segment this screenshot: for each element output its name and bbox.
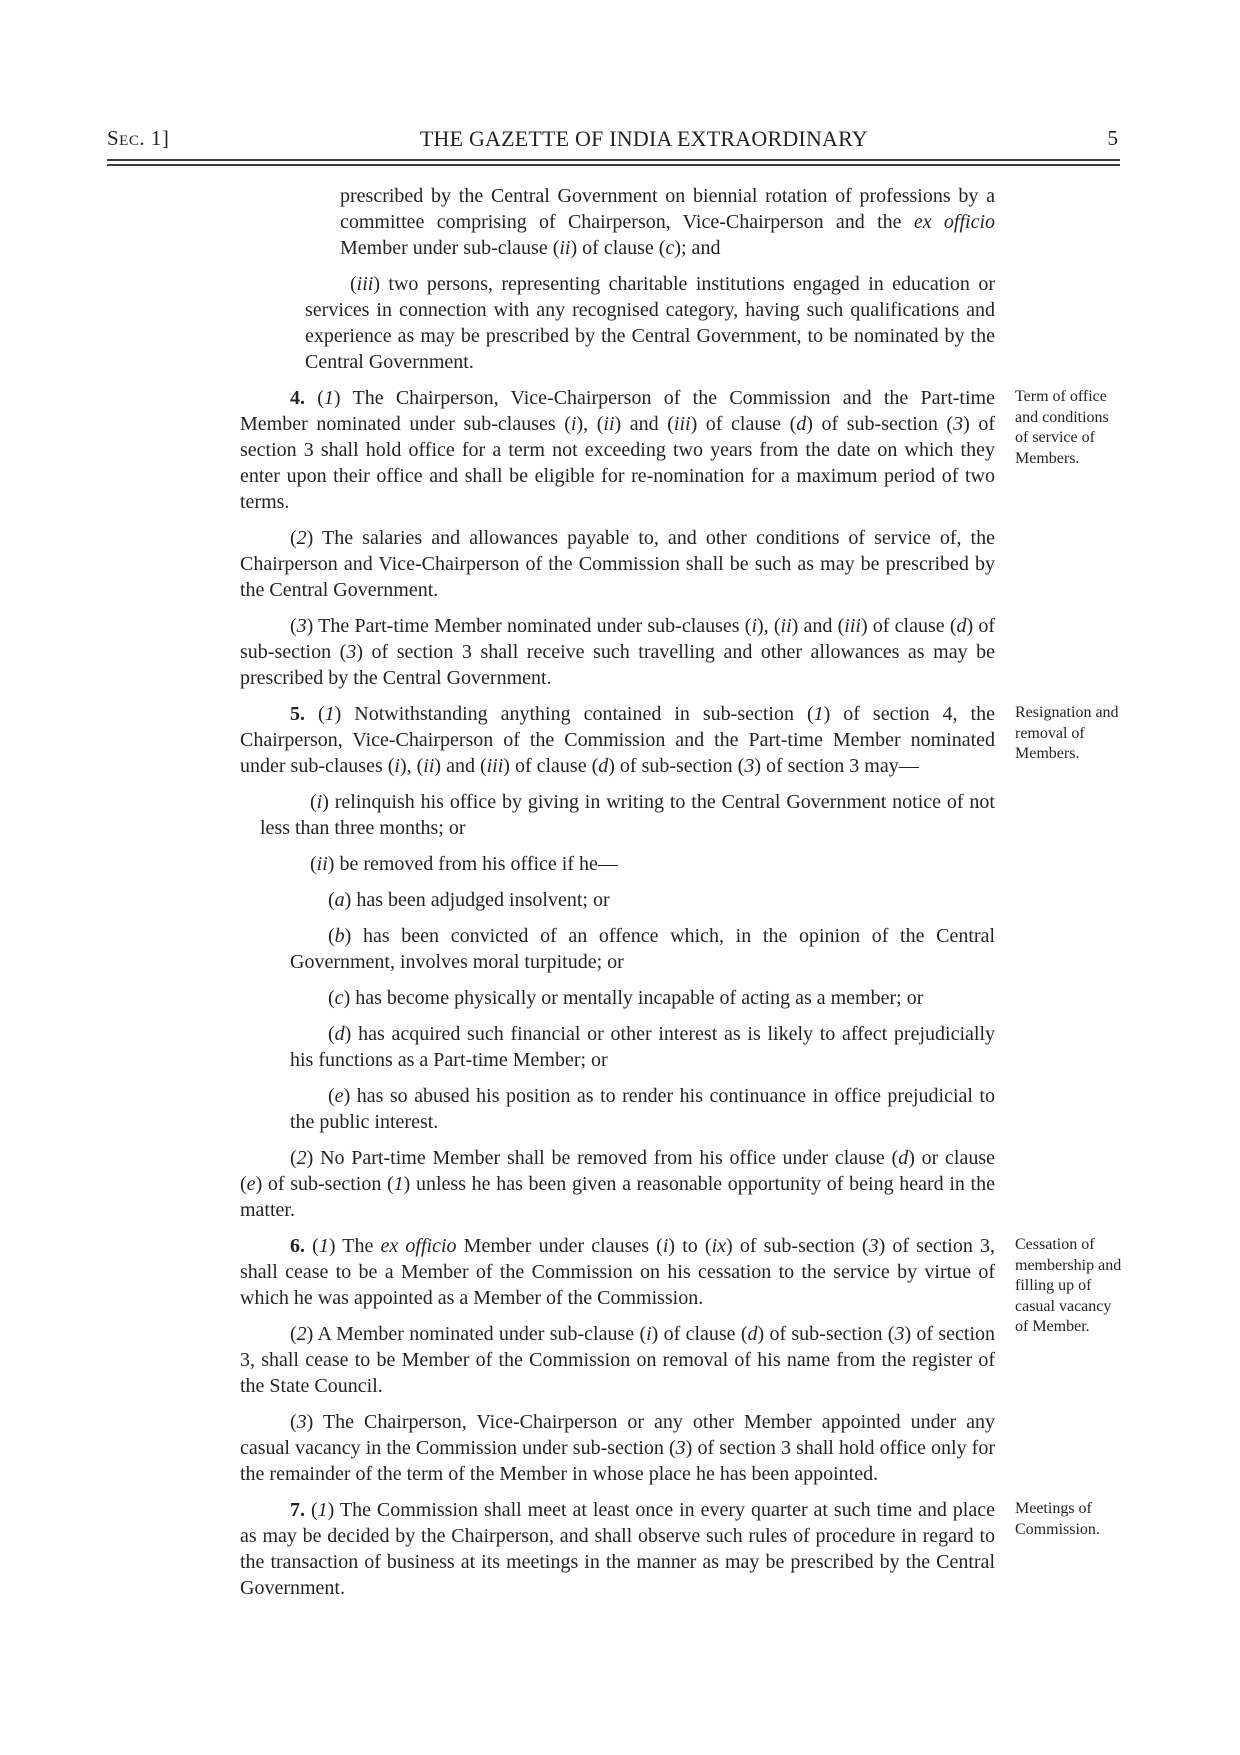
paragraph: (3) The Chairperson, Vice-Chairperson or… [240, 1409, 995, 1487]
paragraph: (i) relinquish his office by giving in w… [260, 789, 995, 841]
paragraph: (e) has so abused his position as to ren… [290, 1083, 995, 1135]
page-title: THE GAZETTE OF INDIA EXTRAORDINARY [420, 126, 868, 152]
section-label: Sec. 1] [107, 126, 169, 151]
page-number: 5 [1108, 126, 1119, 151]
margin-note: Resignation and removal of Members. [1015, 703, 1125, 765]
paragraph: (2) The salaries and allowances payable … [240, 525, 995, 603]
header-double-rule [107, 159, 1120, 166]
paragraph: prescribed by the Central Government on … [340, 183, 995, 261]
paragraph: (d) has acquired such financial or other… [290, 1021, 995, 1073]
gazette-page: Sec. 1] THE GAZETTE OF INDIA EXTRAORDINA… [0, 0, 1240, 1755]
paragraph: (3) The Part-time Member nominated under… [240, 613, 995, 691]
page-header: Sec. 1] THE GAZETTE OF INDIA EXTRAORDINA… [107, 126, 1120, 152]
paragraph: (a) has been adjudged insolvent; or [290, 887, 995, 913]
paragraph: 4. (1) The Chairperson, Vice-Chairperson… [240, 385, 995, 515]
paragraph: (b) has been convicted of an offence whi… [290, 923, 995, 975]
paragraph: (iii) two persons, representing charitab… [305, 271, 995, 375]
paragraph: (c) has become physically or mentally in… [290, 985, 995, 1011]
paragraph: 7. (1) The Commission shall meet at leas… [240, 1497, 995, 1601]
margin-note: Cessation of membership and filling up o… [1015, 1235, 1125, 1338]
margin-note: Term of office and conditions of service… [1015, 387, 1125, 469]
paragraph: (2) A Member nominated under sub-clause … [240, 1321, 995, 1399]
paragraph: (ii) be removed from his office if he— [260, 851, 995, 877]
paragraph: (2) No Part-time Member shall be removed… [240, 1145, 995, 1223]
act-text-body: prescribed by the Central Government on … [240, 183, 995, 1611]
margin-note: Meetings of Commission. [1015, 1499, 1125, 1540]
paragraph: 6. (1) The ex officio Member under claus… [240, 1233, 995, 1311]
paragraph: 5. (1) Notwithstanding anything containe… [240, 701, 995, 779]
